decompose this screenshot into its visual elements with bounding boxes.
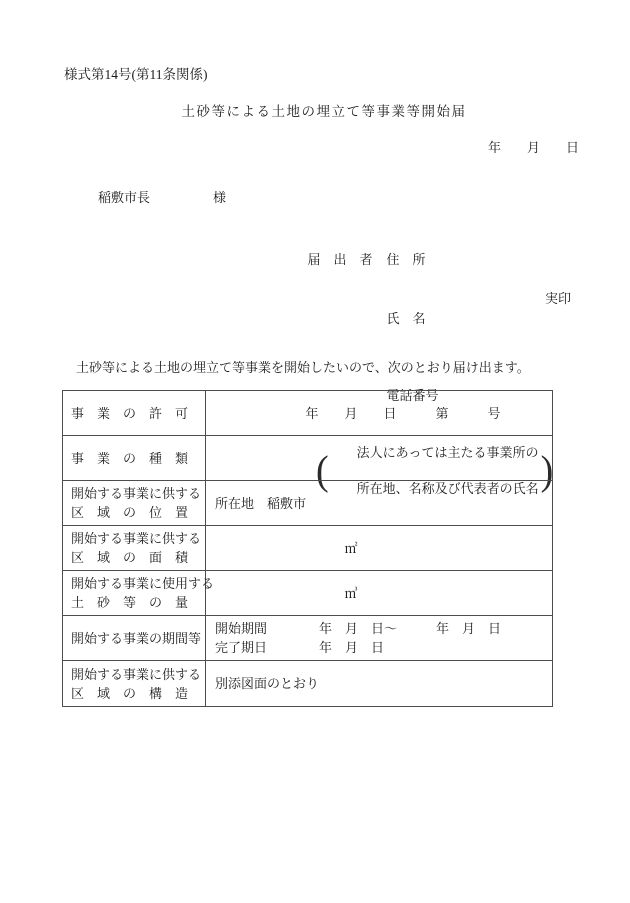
row-value-line: 開始期間 年 月 日～ 年 月 日 bbox=[215, 619, 552, 638]
date-line: 年 月 日 bbox=[488, 137, 579, 156]
row-business-type: 事 業 の 種 類 bbox=[63, 436, 552, 481]
row-label-line: 事 業 の 種 類 bbox=[71, 449, 203, 468]
row-label-line: 事 業 の 許 可 bbox=[71, 404, 203, 423]
row-label-line: 開始する事業に供する bbox=[71, 665, 203, 684]
row-value-line: 所在地 稲敷市 bbox=[215, 494, 552, 513]
row-value: 別添図面のとおり bbox=[206, 661, 552, 706]
row-label: 事 業 の 許 可 bbox=[63, 391, 206, 435]
row-label: 開始する事業の期間等 bbox=[63, 616, 206, 660]
row-area-size: 開始する事業に供する 区 域 の 面 積 ㎡ bbox=[63, 526, 552, 571]
row-label-line: 土 砂 等 の 量 bbox=[71, 593, 203, 612]
intro-text: 土砂等による土地の埋立て等事業を開始したいので、次のとおり届け出ます。 bbox=[62, 357, 530, 376]
row-area-structure: 開始する事業に供する 区 域 の 構 造 別添図面のとおり bbox=[63, 661, 552, 706]
row-business-permit: 事 業 の 許 可 年 月 日 第 号 bbox=[63, 391, 552, 436]
row-value: ㎡ bbox=[206, 526, 552, 570]
addressee-line: 稲敷市長様 bbox=[85, 171, 226, 222]
row-label-line: 区 域 の 位 置 bbox=[71, 503, 203, 522]
row-value: 所在地 稲敷市 bbox=[206, 481, 552, 525]
row-value-line: 別添図面のとおり bbox=[215, 674, 552, 693]
row-area-location: 開始する事業に供する 区 域 の 位 置 所在地 稲敷市 bbox=[63, 481, 552, 526]
row-label-line: 開始する事業の期間等 bbox=[71, 629, 203, 648]
seal-label: 実印 bbox=[545, 289, 571, 308]
row-value: 年 月 日 第 号 bbox=[206, 391, 552, 435]
row-label-line: 開始する事業に供する bbox=[71, 484, 203, 503]
row-label-line: 区 域 の 構 造 bbox=[71, 684, 203, 703]
row-label: 事 業 の 種 類 bbox=[63, 436, 206, 480]
row-soil-volume: 開始する事業に使用する 土 砂 等 の 量 ㎥ bbox=[63, 571, 552, 616]
row-value-line: ㎥ bbox=[344, 584, 357, 603]
name-label: 氏 名 bbox=[387, 311, 426, 326]
row-value-line: 完了期日 年 月 日 bbox=[215, 638, 552, 657]
row-value-line: ㎡ bbox=[344, 539, 357, 558]
row-label-line: 開始する事業に使用する bbox=[71, 574, 203, 593]
addressee-honorific: 様 bbox=[213, 190, 226, 205]
row-label-line: 開始する事業に供する bbox=[71, 529, 203, 548]
row-value: ㎥ bbox=[206, 571, 552, 615]
row-value: 開始期間 年 月 日～ 年 月 日 完了期日 年 月 日 bbox=[206, 616, 552, 660]
row-value-line: 年 月 日 第 号 bbox=[305, 404, 500, 423]
form-number: 様式第14号(第11条関係) bbox=[64, 63, 208, 83]
notifier-label: 届 出 者 bbox=[308, 252, 373, 267]
row-label-line: 区 域 の 面 積 bbox=[71, 548, 203, 567]
addressee: 稲敷市長 bbox=[98, 190, 150, 205]
page-title: 土砂等による土地の埋立て等事業等開始届 bbox=[0, 100, 630, 120]
address-label: 住 所 bbox=[387, 252, 426, 267]
row-value bbox=[206, 436, 552, 480]
row-label: 開始する事業に供する 区 域 の 面 積 bbox=[63, 526, 206, 570]
row-label: 開始する事業に供する 区 域 の 構 造 bbox=[63, 661, 206, 706]
business-table: 事 業 の 許 可 年 月 日 第 号 事 業 の 種 類 開始する事業に供する… bbox=[62, 390, 553, 707]
row-label: 開始する事業に供する 区 域 の 位 置 bbox=[63, 481, 206, 525]
row-label: 開始する事業に使用する 土 砂 等 の 量 bbox=[63, 571, 206, 615]
row-business-period: 開始する事業の期間等 開始期間 年 月 日～ 年 月 日 完了期日 年 月 日 bbox=[63, 616, 552, 661]
